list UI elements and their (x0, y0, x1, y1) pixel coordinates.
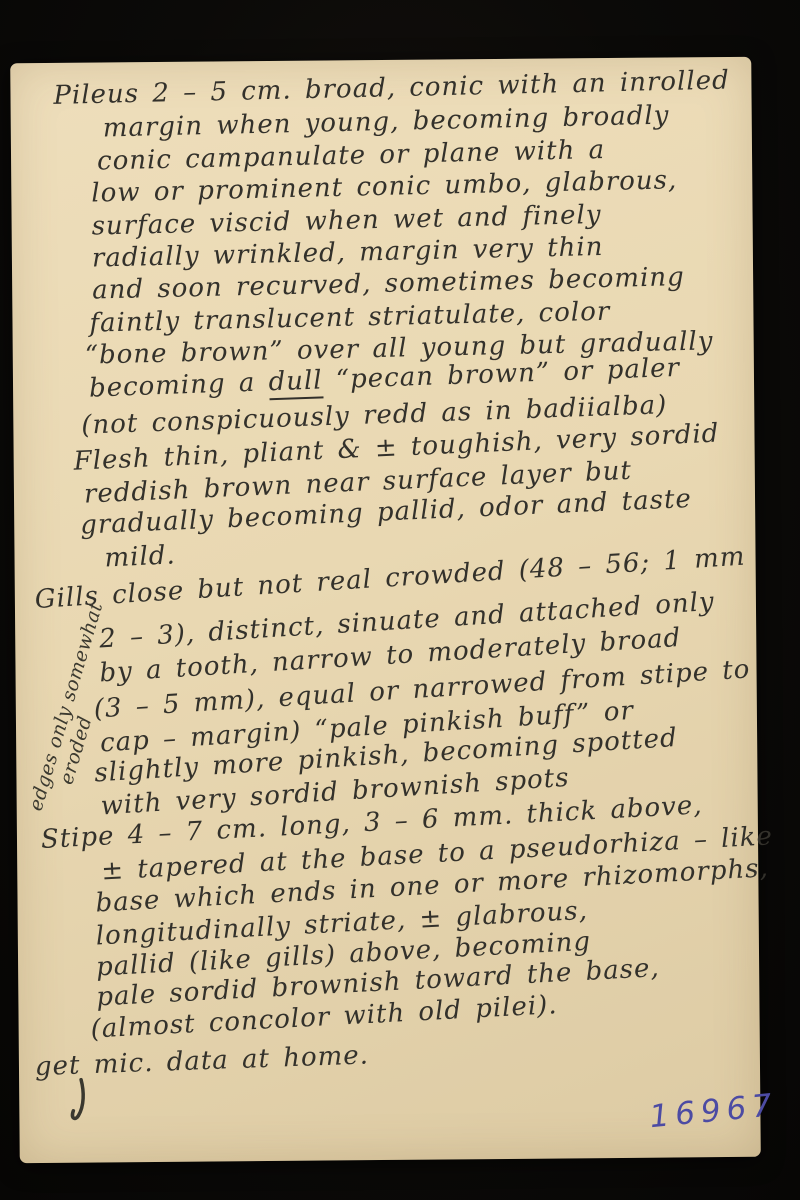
handwritten-line: mild. (104, 540, 176, 573)
note-card: Pileus 2 – 5 cm. broad, conic with an in… (10, 57, 761, 1163)
accession-number: 16967 (648, 1087, 779, 1135)
ink-mark-icon (69, 1078, 91, 1130)
photo-background: Pileus 2 – 5 cm. broad, conic with an in… (0, 0, 800, 1200)
underlined-word: dull (268, 365, 323, 400)
memo-note: get mic. data at home. (34, 1040, 369, 1082)
line-segment: becoming a (89, 367, 270, 403)
